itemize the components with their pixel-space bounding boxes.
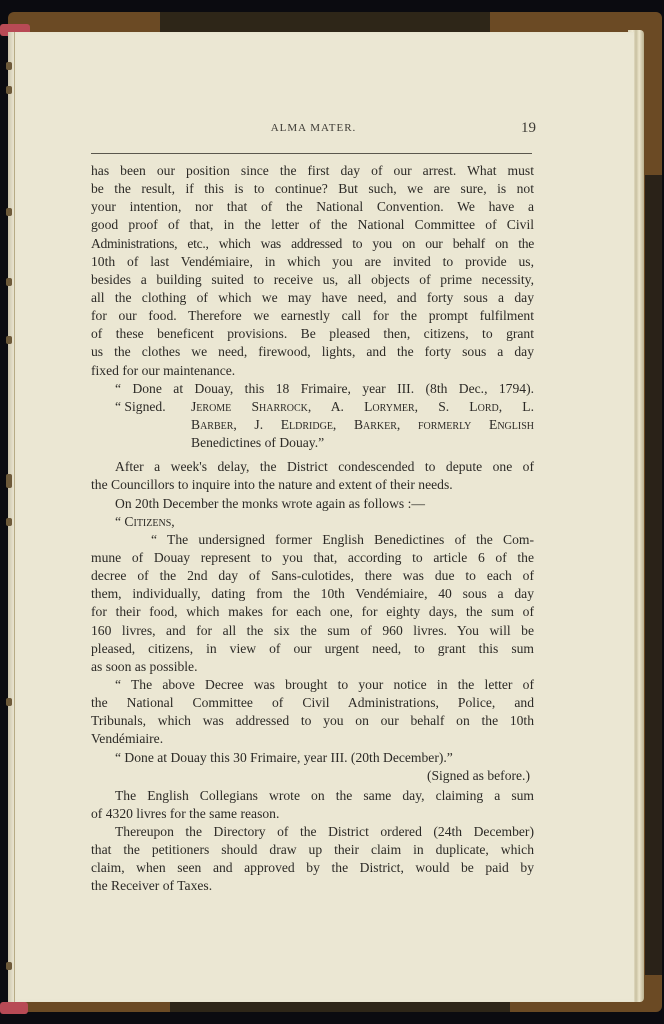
paragraph: “ The undersigned former English Benedic… [91,531,534,676]
signatories-line: Benedictines of Douay.” [91,434,534,452]
text-line: mune of Douay represent to you that, acc… [91,549,534,567]
binding-stitch [6,474,12,488]
text-line: the Councillors to inquire into the natu… [91,476,534,494]
header-rule [91,153,532,154]
text-line: fixed for our maintenance. [91,362,534,380]
signatures: “ Signed. Jerome Sharrock, A. Lorymer, S… [91,398,534,452]
text-line: your intention, nor that of the National… [91,198,534,216]
salutation: “ Citizens, [91,513,534,531]
paragraph: “ The above Decree was brought to your n… [91,676,534,749]
body-text: has been our position since the first da… [91,162,534,896]
text-line: the National Committee of Civil Administ… [91,694,534,712]
paragraph: has been our position since the first da… [91,162,534,380]
text-line: for their food, which makes for each one… [91,603,534,621]
text-line: “ The above Decree was brought to your n… [91,676,534,694]
signed-label: “ Signed. [91,398,166,416]
text-line: them, individually, dating from the 10th… [91,585,534,603]
binding-stitch [6,208,12,216]
text-line: as soon as possible. [91,658,534,676]
page-number: 19 [521,120,536,137]
paragraph: The English Collegians wrote on the same… [91,787,534,823]
text-line: for our food. Therefore we earnestly cal… [91,307,534,325]
text-line: On 20th December the monks wrote again a… [91,495,534,513]
text-line: Administrations, etc., which was address… [91,235,534,253]
text-line: pleased, citizens, in view of our urgent… [91,640,534,658]
signed-as-before: (Signed as before.) [91,767,534,785]
text-line: After a week's delay, the District conde… [91,458,534,476]
text-line: Thereupon the Directory of the District … [91,823,534,841]
binding-stitch [6,86,12,94]
text-line: The English Collegians wrote on the same… [91,787,534,805]
text-line: of these beneficent provisions. Be pleas… [91,325,534,343]
dateline: “ Done at Douay this 30 Frimaire, year I… [91,749,534,767]
page-gutter [8,32,15,1002]
text-line: that the petitioners should draw up thei… [91,841,534,859]
text-line: of 4320 livres for the same reason. [91,805,534,823]
running-title: ALMA MATER. [91,122,536,134]
binding-stitch [6,698,12,706]
dateline: “ Done at Douay, this 18 Frimaire, year … [91,380,534,398]
running-head: ALMA MATER. 19 [91,120,536,140]
text-line: has been our position since the first da… [91,162,534,180]
headband-bottom [0,1002,28,1014]
text-line: “ The undersigned former English Benedic… [91,531,534,549]
text-line: besides a building suited to receive us,… [91,271,534,289]
cover-cloth-right [645,175,662,975]
cover-cloth-top [160,12,490,32]
cover-cloth-bottom [170,1002,510,1012]
text-line: Vendémiaire. [91,730,534,748]
text-line: 160 livres, and for all the six the sum … [91,622,534,640]
binding-stitch [6,278,12,286]
paragraph: After a week's delay, the District conde… [91,458,534,494]
text-line: the Receiver of Taxes. [91,877,534,895]
text-line: be the result, if this is to continue? B… [91,180,534,198]
text-line: decree of the 2nd day of Sans-culotides,… [91,567,534,585]
binding-stitch [6,962,12,970]
paragraph: Thereupon the Directory of the District … [91,823,534,896]
text-line: us the clothes we need, firewood, lights… [91,343,534,361]
text-line: all the clothing of which we may have ne… [91,289,534,307]
binding-stitch [6,336,12,344]
text-line: good proof of that, in the letter of the… [91,216,534,234]
binding-stitch [6,62,12,70]
signatories-line: Barber, J. Eldridge, Barker, formerly En… [91,416,534,434]
text-line: Tribunals, which was addressed to you on… [91,712,534,730]
text-line: claim, when seen and approved by the Dis… [91,859,534,877]
text-line: 10th of last Vendémiaire, in which you a… [91,253,534,271]
binding-stitch [6,518,12,526]
